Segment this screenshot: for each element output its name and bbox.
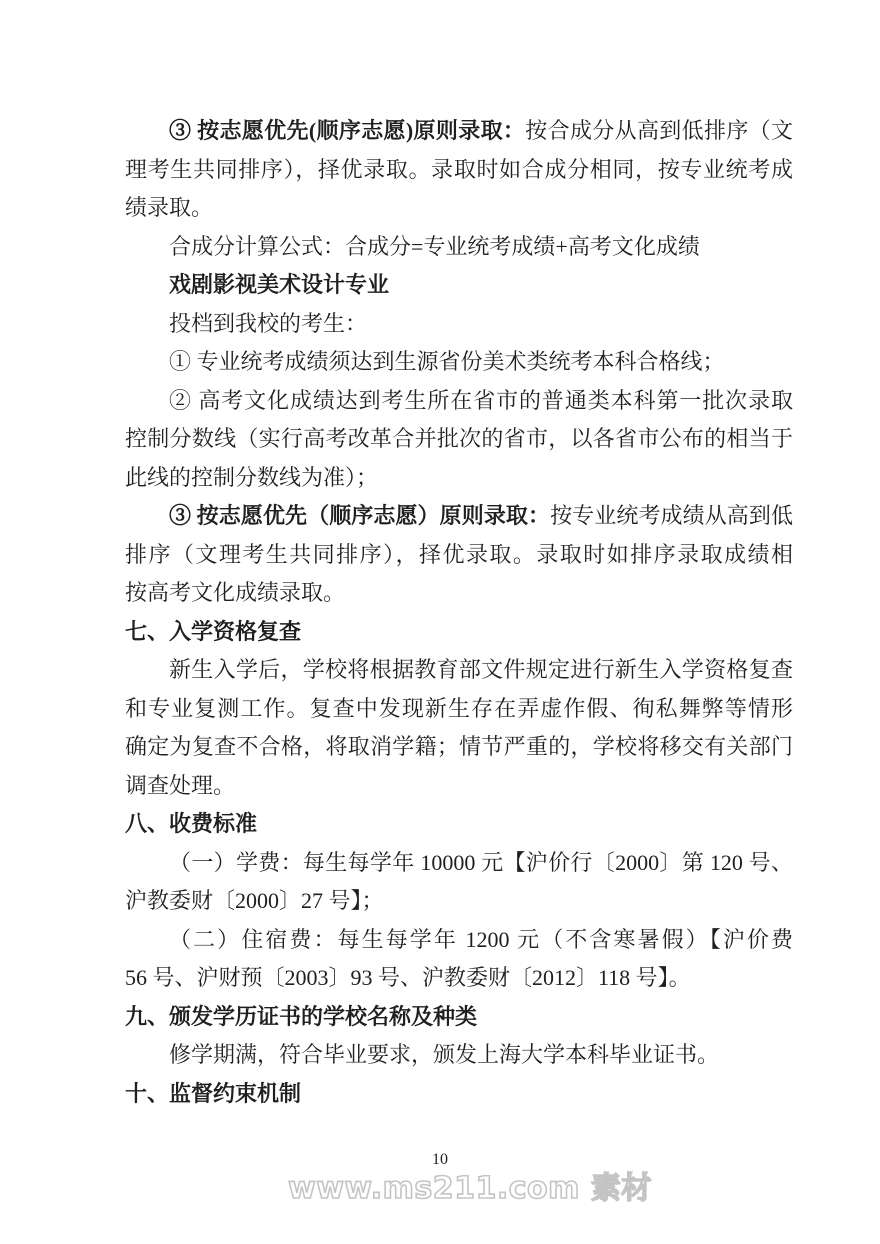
body-text: 合成分计算公式：合成分=专业统考成绩+高考文化成绩 [169,234,700,259]
text-line: 合成分计算公式：合成分=专业统考成绩+高考文化成绩 [125,228,793,267]
text-line: （一）学费：每生每学年 10000 元【沪价行〔2000〕第 120 号、 [125,844,793,883]
body-text: 按高考文化成绩录取。 [125,580,345,605]
text-line: 此线的控制分数线为准）； [125,459,793,498]
body-text: （一）学费：每生每学年 10000 元【沪价行〔2000〕第 120 号、 [169,850,793,875]
text-line: 56 号、沪财预〔2003〕93 号、沪教委财〔2012〕118 号】。 [125,959,793,998]
body-text: 八、收费标准 [125,811,257,836]
watermark: www.ms211.com 素材 [288,1163,652,1207]
body-text: 十、监督约束机制 [125,1081,301,1106]
bold-text: ③ 按志愿优先（顺序志愿）原则录取： [169,503,550,528]
body-text: ② 高考文化成绩达到考生所在省市的普通类本科第一批次录取 [169,388,793,413]
document-page: ③ 按志愿优先(顺序志愿)原则录取：按合成分从高到低排序（文理考生共同排序），择… [0,0,880,1244]
text-line: 投档到我校的考生： [125,305,793,344]
body-text: 沪教委财〔2000〕27 号】； [125,888,384,913]
section-heading: 九、颁发学历证书的学校名称及种类 [125,998,793,1037]
body-text: （二）住宿费：每生每学年 1200 元（不含寒暑假）【沪价费〔2003〕 [125,927,793,960]
body-text: 调查处理。 [125,773,235,798]
text-line: ③ 按志愿优先（顺序志愿）原则录取：按专业统考成绩从高到低 [125,497,793,536]
body-text: 七、入学资格复查 [125,619,301,644]
text-line: 理考生共同排序），择优录取。录取时如合成分相同，按专业统考成 [125,151,793,190]
text-line: 和专业复测工作。复查中发现新生存在弄虚作假、徇私舞弊等情形的， [125,690,793,729]
text-line: 戏剧影视美术设计专业 [125,266,793,305]
body-text: 绩录取。 [125,195,213,220]
text-line: （二）住宿费：每生每学年 1200 元（不含寒暑假）【沪价费〔2003〕 [125,921,793,960]
bold-text: ③ 按志愿优先(顺序志愿)原则录取： [169,118,525,143]
text-line: 排序（文理考生共同排序），择优录取。录取时如排序录取成绩相同， [125,536,793,575]
body-text: 新生入学后，学校将根据教育部文件规定进行新生入学资格复查 [169,657,793,682]
body-text: 56 号、沪财预〔2003〕93 号、沪教委财〔2012〕118 号】。 [125,965,691,990]
body-text: 按合成分从高到低排序（文 [525,118,793,143]
section-heading: 十、监督约束机制 [125,1075,793,1114]
document-body: ③ 按志愿优先(顺序志愿)原则录取：按合成分从高到低排序（文理考生共同排序），择… [125,112,793,1113]
body-text: 控制分数线（实行高考改革合并批次的省市，以各省市公布的相当于 [125,426,793,451]
text-line: 确定为复查不合格，将取消学籍；情节严重的，学校将移交有关部门 [125,728,793,767]
body-text: 九、颁发学历证书的学校名称及种类 [125,1004,477,1029]
body-text: 确定为复查不合格，将取消学籍；情节严重的，学校将移交有关部门 [125,734,793,759]
body-text: 按专业统考成绩从高到低 [550,503,793,528]
text-line: 绩录取。 [125,189,793,228]
text-line: 新生入学后，学校将根据教育部文件规定进行新生入学资格复查 [125,651,793,690]
text-line: 调查处理。 [125,767,793,806]
body-text: ① 专业统考成绩须达到生源省份美术类统考本科合格线； [169,349,725,374]
text-line: ② 高考文化成绩达到考生所在省市的普通类本科第一批次录取 [125,382,793,421]
section-heading: 八、收费标准 [125,805,793,844]
text-line: ① 专业统考成绩须达到生源省份美术类统考本科合格线； [125,343,793,382]
body-text: 理考生共同排序），择优录取。录取时如合成分相同，按专业统考成 [125,157,793,182]
text-line: ③ 按志愿优先(顺序志愿)原则录取：按合成分从高到低排序（文 [125,112,793,151]
text-line: 修学期满，符合毕业要求，颁发上海大学本科毕业证书。 [125,1036,793,1075]
text-line: 控制分数线（实行高考改革合并批次的省市，以各省市公布的相当于 [125,420,793,459]
text-line: 按高考文化成绩录取。 [125,574,793,613]
section-heading: 七、入学资格复查 [125,613,793,652]
body-text: 排序（文理考生共同排序），择优录取。录取时如排序录取成绩相同， [125,542,793,575]
body-text: 投档到我校的考生： [169,311,367,336]
body-text: 和专业复测工作。复查中发现新生存在弄虚作假、徇私舞弊等情形的， [125,696,793,729]
body-text: 此线的控制分数线为准）； [125,465,378,490]
text-line: 沪教委财〔2000〕27 号】； [125,882,793,921]
bold-text: 戏剧影视美术设计专业 [169,272,389,297]
body-text: 修学期满，符合毕业要求，颁发上海大学本科毕业证书。 [169,1042,719,1067]
